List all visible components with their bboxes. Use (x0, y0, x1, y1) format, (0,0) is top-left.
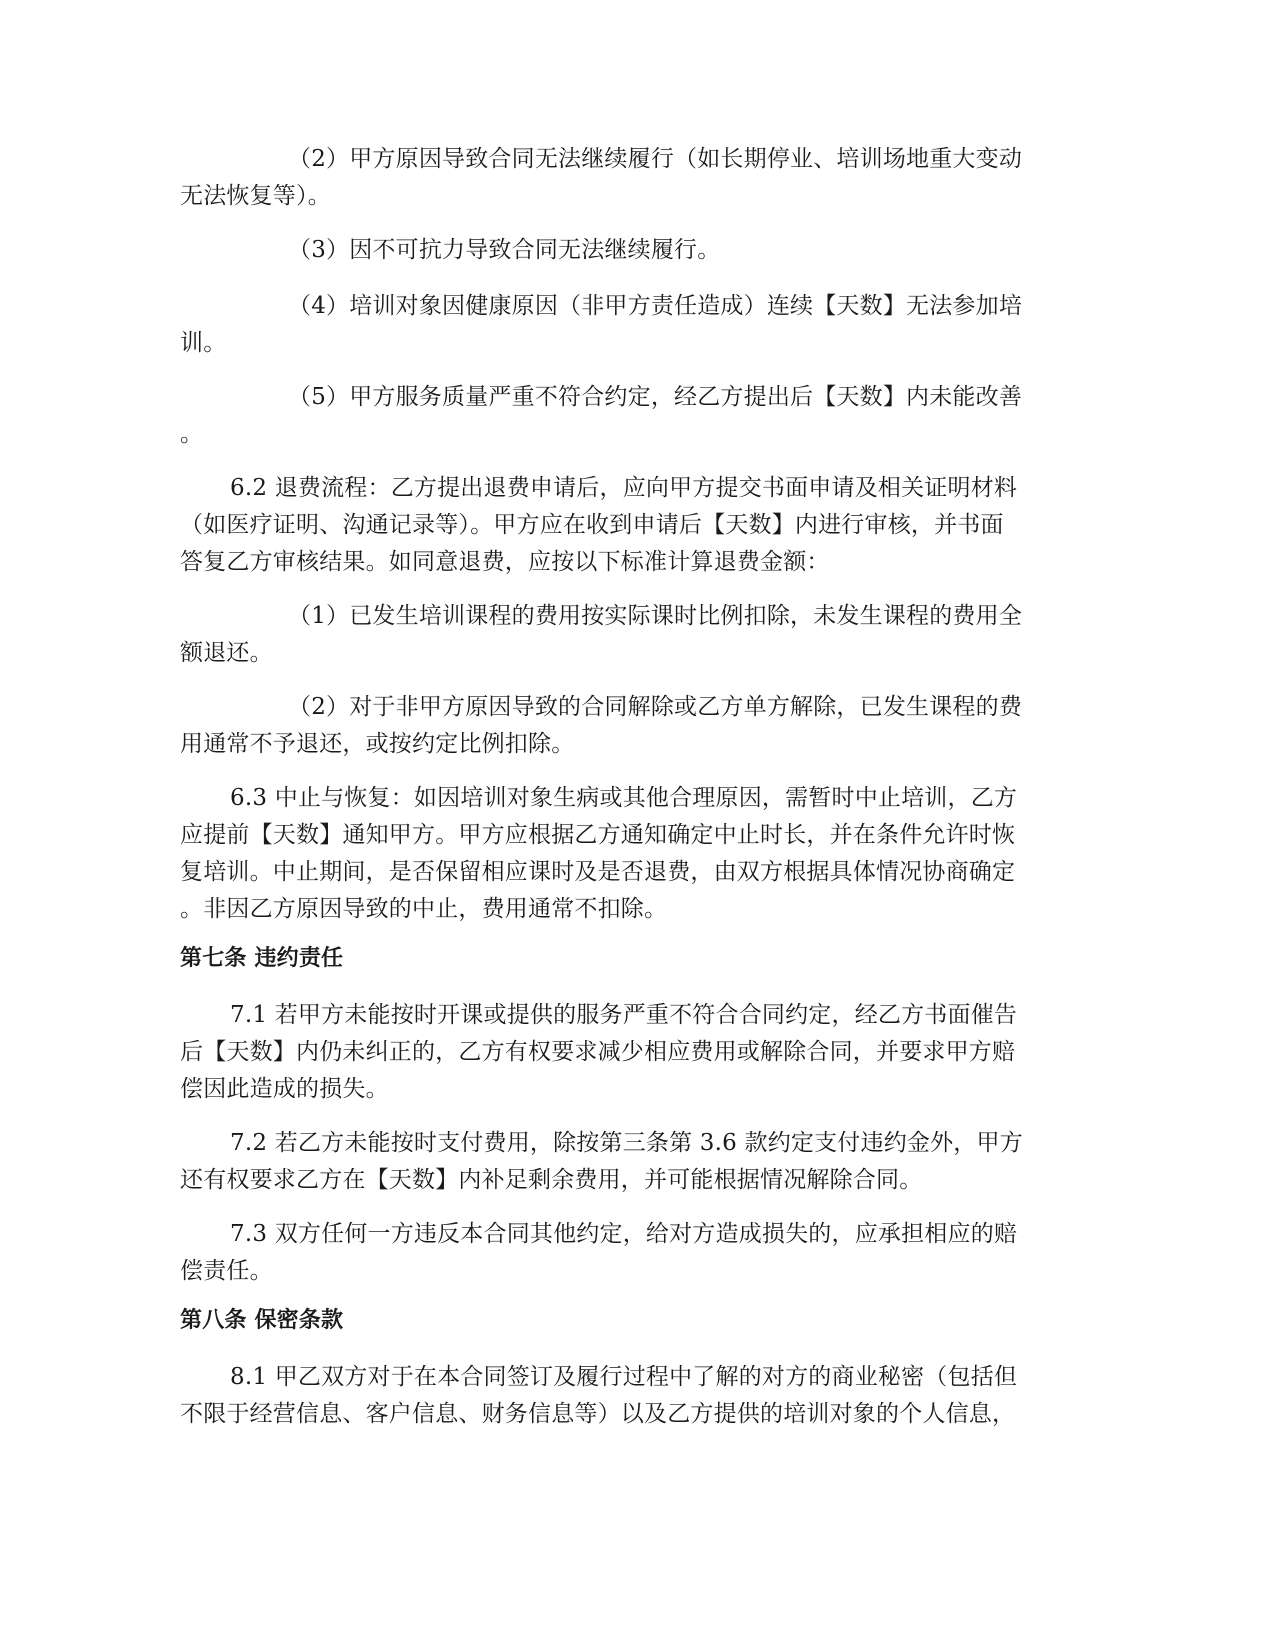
clause-6-3-line-2: 应提前【天数】通知甲方。甲方应根据乙方通知确定中止时长，并在条件允许时恢 (180, 820, 1015, 850)
article-8-heading: 第八条 保密条款 (180, 1306, 343, 1336)
clause-6-2-2-line-1: （2）对于非甲方原因导致的合同解除或乙方单方解除，已发生课程的费 (288, 692, 1022, 722)
clause-6-3-line-1: 6.3 中止与恢复：如因培训对象生病或其他合理原因，需暂时中止培训，乙方 (230, 783, 1017, 813)
clause-6-1-2-line-1: （2）甲方原因导致合同无法继续履行（如长期停业、培训场地重大变动 (288, 144, 1022, 174)
clause-7-1-line-2: 后【天数】内仍未纠正的，乙方有权要求减少相应费用或解除合同，并要求甲方赔 (180, 1037, 1015, 1067)
clause-6-1-5-line-1: （5）甲方服务质量严重不符合约定，经乙方提出后【天数】内未能改善 (288, 382, 1022, 412)
clause-6-1-3-line-1: （3）因不可抗力导致合同无法继续履行。 (288, 235, 720, 265)
clause-8-1-line-1: 8.1 甲乙双方对于在本合同签订及履行过程中了解的对方的商业秘密（包括但 (230, 1362, 1017, 1392)
document-page: （2）甲方原因导致合同无法继续履行（如长期停业、培训场地重大变动 无法恢复等）。… (0, 0, 1275, 1650)
clause-8-1-line-2: 不限于经营信息、客户信息、财务信息等）以及乙方提供的培训对象的个人信息， (180, 1399, 1015, 1429)
clause-7-2-line-1: 7.2 若乙方未能按时支付费用，除按第三条第 3.6 款约定支付违约金外，甲方 (230, 1128, 1023, 1158)
clause-7-1-line-1: 7.1 若甲方未能按时开课或提供的服务严重不符合合同约定，经乙方书面催告 (230, 1000, 1017, 1030)
clause-6-1-2-line-2: 无法恢复等）。 (180, 181, 331, 211)
clause-7-3-line-2: 偿责任。 (180, 1256, 273, 1286)
clause-6-3-line-3: 复培训。中止期间，是否保留相应课时及是否退费，由双方根据具体情况协商确定 (180, 857, 1015, 887)
clause-6-2-line-1: 6.2 退费流程：乙方提出退费申请后，应向甲方提交书面申请及相关证明材料 (230, 473, 1017, 503)
clause-6-1-5-line-2: 。 (180, 419, 203, 449)
clause-7-3-line-1: 7.3 双方任何一方违反本合同其他约定，给对方造成损失的，应承担相应的赔 (230, 1219, 1017, 1249)
clause-6-2-line-2: （如医疗证明、沟通记录等）。甲方应在收到申请后【天数】内进行审核，并书面 (180, 510, 1004, 540)
clause-6-2-2-line-2: 用通常不予退还，或按约定比例扣除。 (180, 729, 574, 759)
clause-7-2-line-2: 还有权要求乙方在【天数】内补足剩余费用，并可能根据情况解除合同。 (180, 1165, 922, 1195)
article-7-heading: 第七条 违约责任 (180, 944, 343, 974)
clause-6-3-line-4: 。非因乙方原因导致的中止，费用通常不扣除。 (180, 894, 667, 924)
clause-6-2-1-line-1: （1）已发生培训课程的费用按实际课时比例扣除，未发生课程的费用全 (288, 601, 1022, 631)
clause-6-1-4-line-2: 训。 (180, 328, 226, 358)
clause-6-2-line-3: 答复乙方审核结果。如同意退费，应按以下标准计算退费金额： (180, 547, 830, 577)
clause-6-2-1-line-2: 额退还。 (180, 638, 273, 668)
clause-6-1-4-line-1: （4）培训对象因健康原因（非甲方责任造成）连续【天数】无法参加培 (288, 291, 1022, 321)
clause-7-1-line-3: 偿因此造成的损失。 (180, 1074, 389, 1104)
